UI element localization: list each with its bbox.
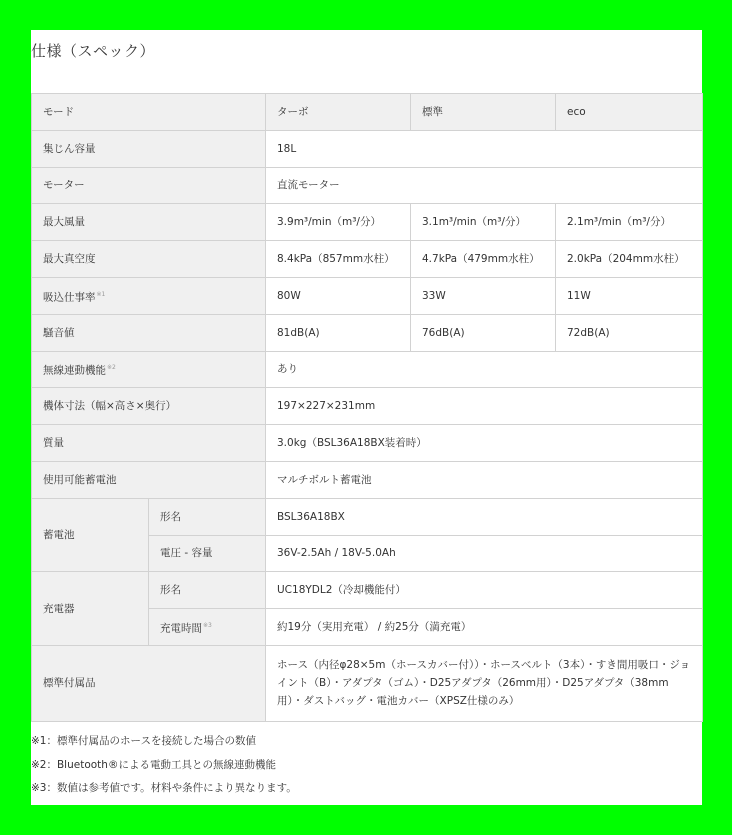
value-eco: 2.1m³/min（m³/分） — [556, 204, 703, 241]
table-row-dimensions: 機体寸法（幅×高さ×奥行） 197×227×231mm — [32, 388, 703, 425]
sub-label: 形名 — [149, 572, 266, 609]
row-value: 約19分（実用充電） / 約25分（満充電） — [266, 609, 703, 646]
row-label-cell: 無線連動機能※2 — [32, 351, 266, 388]
footnote-1: ※1：標準付属品のホースを接続した場合の数値 — [31, 730, 297, 754]
group-label-battery: 蓄電池 — [32, 498, 149, 572]
table-row-max-airflow: 最大風量 3.9m³/min（m³/分） 3.1m³/min（m³/分） 2.1… — [32, 204, 703, 241]
row-value: 直流モーター — [266, 167, 703, 204]
footnote-ref: ※1 — [97, 291, 106, 298]
value-eco: 72dB(A) — [556, 314, 703, 351]
value-eco: 11W — [556, 277, 703, 314]
footnote-ref: ※3 — [203, 622, 212, 629]
row-label: 機体寸法（幅×高さ×奥行） — [32, 388, 266, 425]
mode-turbo: ターボ — [266, 94, 411, 131]
row-label: モード — [32, 94, 266, 131]
table-row-weight: 質量 3.0kg（BSL36A18BX装着時） — [32, 425, 703, 462]
row-label: 使用可能蓄電池 — [32, 461, 266, 498]
table-row-wireless-link: 無線連動機能※2 あり — [32, 351, 703, 388]
group-label-charger: 充電器 — [32, 572, 149, 646]
row-label: 標準付属品 — [32, 645, 266, 721]
row-label: 吸込仕事率 — [43, 291, 96, 303]
table-row-mode: モード ターボ 標準 eco — [32, 94, 703, 131]
table-row-charger-model: 充電器 形名 UC18YDL2（冷却機能付） — [32, 572, 703, 609]
value-standard: 33W — [411, 277, 556, 314]
table-row-noise: 騒音値 81dB(A) 76dB(A) 72dB(A) — [32, 314, 703, 351]
footnote-ref: ※2 — [107, 364, 116, 371]
row-value: 3.0kg（BSL36A18BX装着時） — [266, 425, 703, 462]
mode-standard: 標準 — [411, 94, 556, 131]
footnote-2: ※2：Bluetooth®による電動工具との無線連動機能 — [31, 754, 297, 778]
table-row-dust-capacity: 集じん容量 18L — [32, 130, 703, 167]
value-turbo: 3.9m³/min（m³/分） — [266, 204, 411, 241]
sub-label-cell: 充電時間※3 — [149, 609, 266, 646]
row-label-cell: 吸込仕事率※1 — [32, 277, 266, 314]
value-standard: 4.7kPa（479mm水柱） — [411, 241, 556, 278]
sub-label: 形名 — [149, 498, 266, 535]
row-value: マルチボルト蓄電池 — [266, 461, 703, 498]
row-value: 197×227×231mm — [266, 388, 703, 425]
row-label: 無線連動機能 — [43, 365, 106, 377]
value-standard: 3.1m³/min（m³/分） — [411, 204, 556, 241]
value-eco: 2.0kPa（204mm水柱） — [556, 241, 703, 278]
spec-table: モード ターボ 標準 eco 集じん容量 18L モーター 直流モーター 最大風… — [31, 93, 703, 722]
table-row-accessories: 標準付属品 ホース（内径φ28×5m（ホースカバー付））・ホースベルト（3本）・… — [32, 645, 703, 721]
table-row-max-vacuum: 最大真空度 8.4kPa（857mm水柱） 4.7kPa（479mm水柱） 2.… — [32, 241, 703, 278]
footnotes: ※1：標準付属品のホースを接続した場合の数値 ※2：Bluetooth®による電… — [31, 730, 297, 801]
table-row-suction-power: 吸込仕事率※1 80W 33W 11W — [32, 277, 703, 314]
value-turbo: 80W — [266, 277, 411, 314]
table-row-usable-battery: 使用可能蓄電池 マルチボルト蓄電池 — [32, 461, 703, 498]
row-value: UC18YDL2（冷却機能付） — [266, 572, 703, 609]
row-label: 騒音値 — [32, 314, 266, 351]
value-standard: 76dB(A) — [411, 314, 556, 351]
row-label: 質量 — [32, 425, 266, 462]
row-value: BSL36A18BX — [266, 498, 703, 535]
value-turbo: 8.4kPa（857mm水柱） — [266, 241, 411, 278]
row-value: 18L — [266, 130, 703, 167]
table-row-battery-model: 蓄電池 形名 BSL36A18BX — [32, 498, 703, 535]
sub-label: 充電時間 — [160, 622, 202, 634]
footnote-3: ※3：数値は参考値です。材料や条件により異なります。 — [31, 777, 297, 801]
row-value: ホース（内径φ28×5m（ホースカバー付））・ホースベルト（3本）・すき間用吸口… — [266, 645, 703, 721]
table-row-motor: モーター 直流モーター — [32, 167, 703, 204]
row-label: 最大風量 — [32, 204, 266, 241]
row-label: 最大真空度 — [32, 241, 266, 278]
row-label: 集じん容量 — [32, 130, 266, 167]
row-value: あり — [266, 351, 703, 388]
spec-panel: 仕様（スペック） モード ターボ 標準 eco 集じん容量 18L モーター 直… — [31, 30, 702, 805]
value-turbo: 81dB(A) — [266, 314, 411, 351]
sub-label: 電圧 - 容量 — [149, 535, 266, 572]
row-label: モーター — [32, 167, 266, 204]
mode-eco: eco — [556, 94, 703, 131]
page-title: 仕様（スペック） — [31, 40, 155, 61]
row-value: 36V-2.5Ah / 18V-5.0Ah — [266, 535, 703, 572]
